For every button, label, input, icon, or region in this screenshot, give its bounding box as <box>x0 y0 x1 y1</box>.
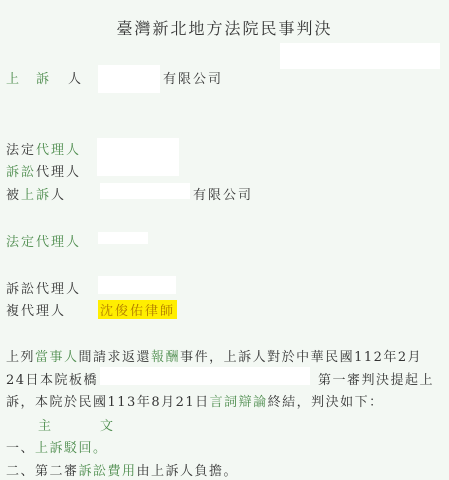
redacted-appellant-name <box>98 65 160 93</box>
body-line-2-left: 24日本院板橋 <box>6 369 98 388</box>
redacted-legal-rep2 <box>98 232 148 244</box>
redacted-block <box>280 43 440 69</box>
body-line-1: 上列當事人間請求返還報酬事件，上訴人對於中華民國112年2月 <box>6 346 422 365</box>
legal-rep-label: 法定代理人 <box>6 139 81 158</box>
redacted-case-number <box>100 367 310 385</box>
body-line-2-right: 第一審判決提起上 <box>318 369 434 388</box>
redacted-litigation-rep2 <box>98 276 176 294</box>
appellant-label: 上 <box>6 68 21 87</box>
main-text-heading: 主 <box>38 415 53 434</box>
body-line-3: 訴，本院於民國113年8月21日言詞辯論終結，判決如下： <box>6 391 384 410</box>
litigation-rep2-label: 訴訟代理人 <box>6 278 81 297</box>
main-item-1: 一、上訴駁回。 <box>6 437 108 456</box>
appellant-label: 訴 <box>36 68 51 87</box>
legal-rep2-label: 法定代理人 <box>6 231 81 250</box>
redacted-appellee-name <box>100 183 190 199</box>
litigation-rep-label: 訴訟代理人 <box>6 161 81 180</box>
main-text-heading: 文 <box>100 415 115 434</box>
sub-rep-label: 複代理人 <box>6 300 66 319</box>
appellant-suffix: 有限公司 <box>163 68 223 87</box>
main-item-2: 二、第二審訴訟費用由上訴人負擔。 <box>6 460 238 479</box>
redacted-rep-names <box>97 138 179 176</box>
page-title: 臺灣新北地方法院民事判決 <box>0 16 449 39</box>
sub-rep-name: 沈俊佑律師 <box>98 300 177 319</box>
appellee-label: 被上訴人 <box>6 184 66 203</box>
appellee-suffix: 有限公司 <box>193 184 253 203</box>
appellant-label: 人 <box>68 68 83 87</box>
